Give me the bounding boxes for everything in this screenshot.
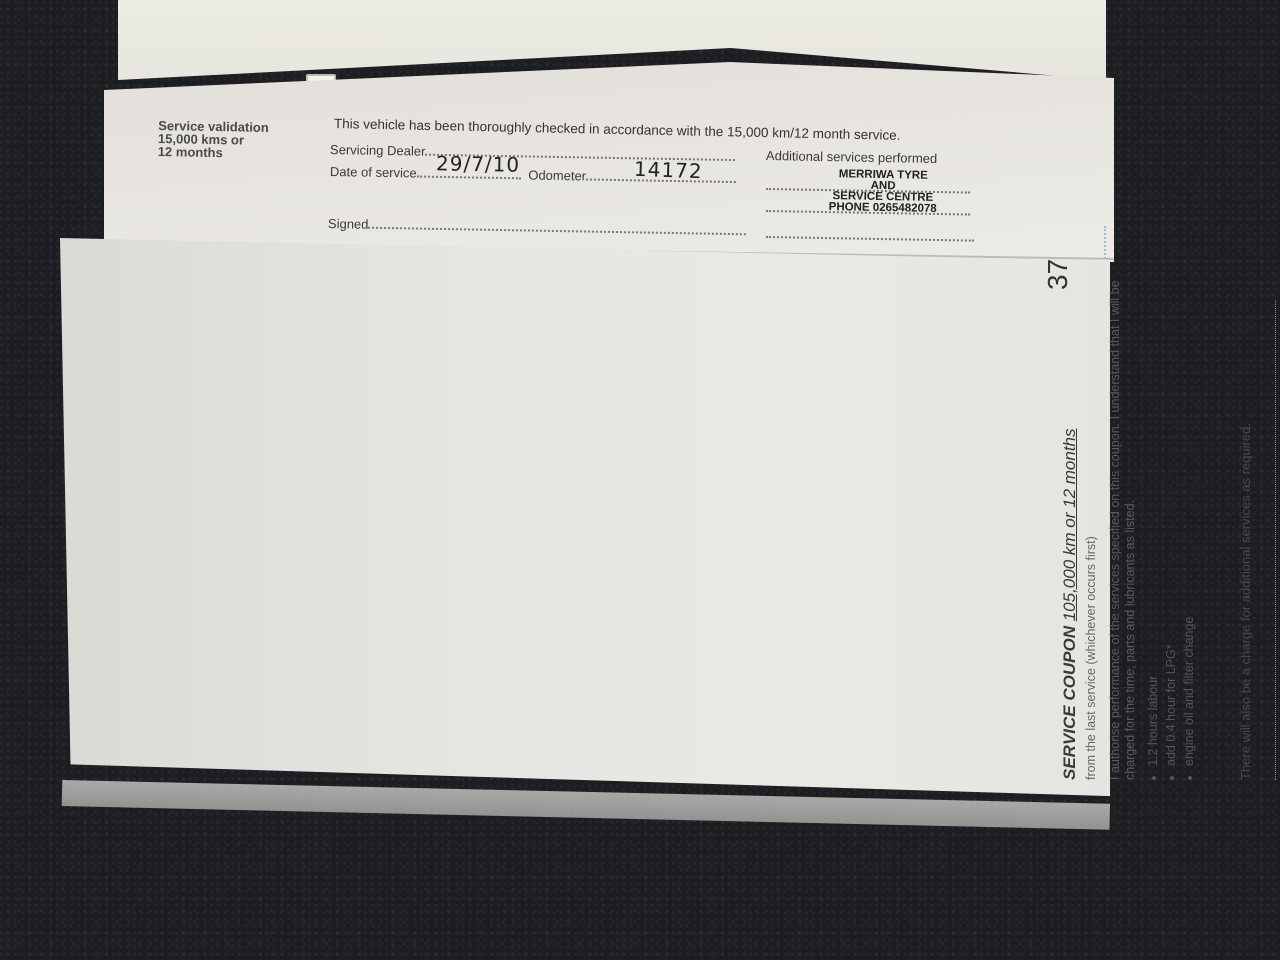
handwritten-date: 29/7/10 [436,151,521,176]
list-item: 1.2 hours labour [1144,240,1162,766]
additional-services-line[interactable] [1259,300,1276,780]
page-number: 37 [1042,0,1074,290]
labour-list: 1.2 hours labour add 0.4 hour for LPG* e… [1144,240,1198,780]
list-item: add 0.4 hour for LPG* [1162,240,1180,766]
additional-charge-text: There will also be a charge for addition… [1238,240,1253,780]
coupon-subtitle: from the last service (whichever occurs … [1084,240,1098,780]
service-coupon-rotated-content: 37 SERVICE COUPON 105,000 km or 12 month… [1060,240,1280,780]
dealer-stamp: MERRIWA TYRE AND SERVICE CENTRE PHONE 02… [818,169,949,215]
list-item: engine oil and filter change [1180,240,1198,766]
authorise-text: I authorise performance of the services … [1108,240,1138,780]
additional-services-label: Additional services performed [766,148,937,166]
validation-label: Service validation 15,000 kms or 12 mont… [158,119,269,160]
service-coupon-page [60,238,1110,804]
additional-services-line[interactable] [1276,300,1280,780]
coupon-title: SERVICE COUPON 105,000 km or 12 months [1060,240,1080,780]
handwritten-odometer: 14172 [634,157,703,183]
